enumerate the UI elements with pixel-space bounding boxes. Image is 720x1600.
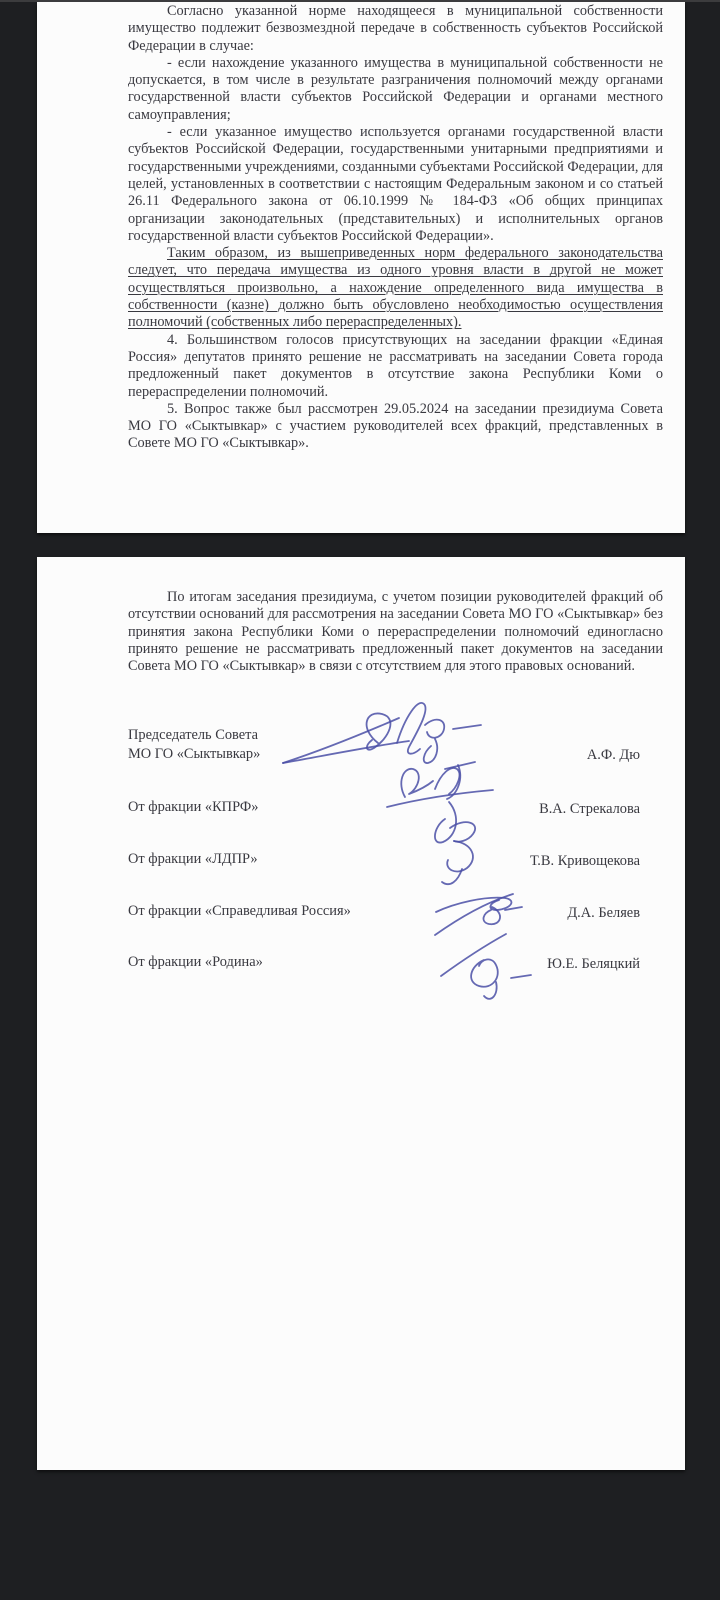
viewport-top-edge [0,0,720,2]
signatory-title: От фракции «Справедливая Россия» [128,902,351,921]
paragraph-item-4: 4. Большинством голосов присутствующих н… [128,332,663,401]
paragraph-conclusion-underlined: Таким образом, из вышеприведенных норм ф… [128,245,663,331]
signatory-name: А.Ф. Дю [587,747,640,764]
paragraph-bullet-1: - если нахождение указанного имущества в… [128,55,663,124]
paragraph-norm-intro: Согласно указанной норме находящееся в м… [128,3,663,55]
signatory-title: Председатель Совета МО ГО «Сыктывкар» [128,726,260,764]
paragraph-item-5: 5. Вопрос также был рассмотрен 29.05.202… [128,401,663,453]
signatory-name: Д.А. Беляев [567,905,640,922]
signatory-name: Т.В. Кривощекова [530,853,640,870]
signature-row-rodina: От фракции «Родина» Ю.Е. Беляцкий [37,953,685,1013]
signatory-title: От фракции «КПРФ» [128,798,258,817]
handwritten-signatures-ink [37,557,685,1470]
signature-row-chairman: Председатель Совета МО ГО «Сыктывкар» А.… [37,726,685,786]
page1-text-block: Согласно указанной норме находящееся в м… [128,3,663,453]
signatory-title-line2: МО ГО «Сыктывкар» [128,745,260,764]
paragraph-presidium-result: По итогам заседания президиума, с учетом… [128,589,663,675]
signatory-name: В.А. Стрекалова [539,801,640,818]
signatory-title: От фракции «ЛДПР» [128,850,258,869]
document-page-1: Согласно указанной норме находящееся в м… [37,2,685,533]
signature-row-kprf: От фракции «КПРФ» В.А. Стрекалова [37,798,685,858]
page2-text-block: По итогам заседания президиума, с учетом… [128,589,663,675]
document-page-2: По итогам заседания президиума, с учетом… [37,557,685,1470]
signatory-name: Ю.Е. Беляцкий [547,956,640,973]
signatory-title-line1: Председатель Совета [128,726,260,745]
signature-row-ldpr: От фракции «ЛДПР» Т.В. Кривощекова [37,850,685,910]
paragraph-bullet-2: - если указанное имущество используется … [128,124,663,245]
signatory-title: От фракции «Родина» [128,953,263,972]
